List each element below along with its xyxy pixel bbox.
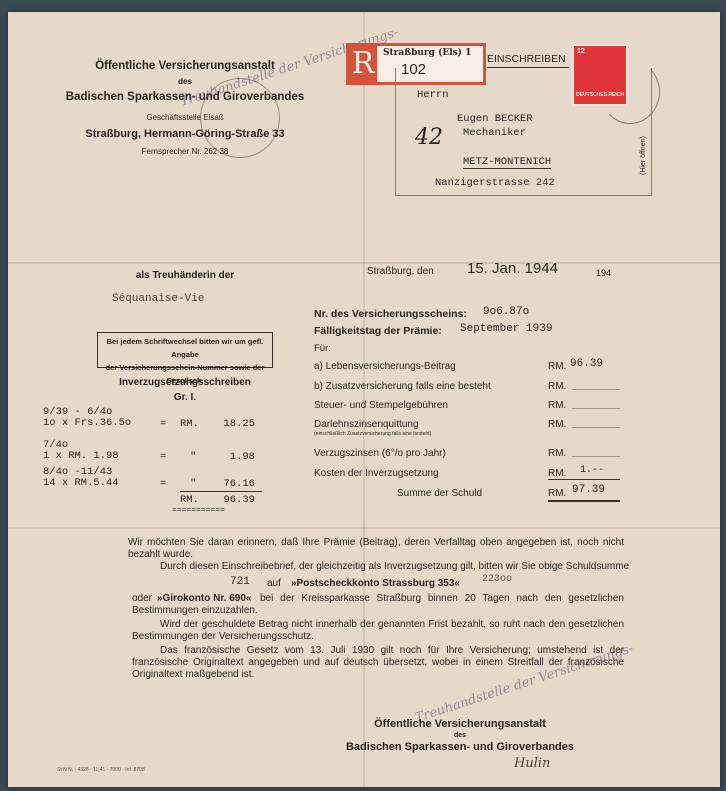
signature-line1: Öffentliche Versicherungsanstalt [330, 718, 590, 730]
fold-line [8, 262, 720, 264]
address-occupation: Mechaniker [463, 127, 526, 139]
total-cur: RM. [548, 488, 566, 499]
signature-line2: des [330, 732, 590, 739]
sum-line [548, 479, 620, 480]
calc-cur: " [190, 478, 196, 490]
for-label: Für: [314, 343, 331, 354]
calc-formula: 1 x RM. 1.98 [43, 451, 119, 462]
letter-title: Inverzugsetzungsschreiben [90, 377, 280, 388]
item-row: Kosten der Inverzugsetzung [314, 468, 439, 479]
item-row: Darlehnszinsenquittung [314, 419, 419, 430]
calc-row: 9/39 - 6/4o 1o x Frs.36.5o [43, 407, 131, 429]
item-row: a) Lebensversicherungs-Beitrag [314, 361, 456, 372]
calc-total-amount: 96.39 [215, 494, 255, 506]
item-cur: RM. [548, 448, 566, 459]
address-street: Nanzigerstrasse 242 [435, 177, 555, 189]
calc-cur: RM. [180, 418, 199, 430]
calc-total-cur: RM. [180, 494, 199, 506]
item-label: Steuer- und Stempelgebühren [314, 400, 448, 411]
typed-22300: 223oo [482, 574, 512, 585]
year-prefix: 194 [596, 268, 611, 278]
item-cur: RM. [548, 400, 566, 411]
calc-cur: " [190, 451, 196, 463]
signature-line3: Badischen Sparkassen- und Giroverbandes [310, 741, 610, 753]
due-date: September 1939 [460, 323, 552, 335]
correspondence-note: Bei jedem Schriftwechsel bitten wir um g… [97, 332, 273, 368]
item-label: Verzugszinsen (6°/o pro Jahr) [314, 448, 446, 459]
trustee-label: als Treuhänderin der [90, 270, 280, 281]
address-salutation: Herrn [417, 89, 449, 101]
blank-line [572, 389, 620, 390]
body-paragraph-2a: Durch diesen Einschreibebrief, der gleic… [160, 561, 630, 573]
item-cur: RM. [548, 468, 566, 479]
item-row: b) Zusatzversicherung falls eine besteht [314, 381, 491, 392]
address-name: Eugen BECKER [457, 113, 533, 125]
blank-line [572, 408, 620, 409]
handwritten-signature: Hulin [514, 756, 550, 771]
item-label: b) Zusatzversicherung falls eine besteht [314, 381, 491, 392]
handwritten-note: 42 [415, 125, 443, 150]
postmark-circle [200, 78, 280, 158]
item-row: Steuer- und Stempelgebühren [314, 400, 448, 411]
item-label: Kosten der Inverzugsetzung [314, 468, 439, 479]
calc-total-underline: =========== [172, 506, 225, 515]
calc-amount: 76.16 [215, 478, 255, 490]
typed-721: 721 [230, 576, 250, 588]
calc-eq: = [160, 478, 166, 490]
place-label: Straßburg, den [367, 266, 434, 277]
item-cur: RM. [548, 419, 566, 430]
registration-office: Straßburg (Els) 1 [383, 48, 471, 58]
body-paragraph-1: Wir möchten Sie daran erinnern, daß Ihre… [128, 537, 624, 561]
due-date-label: Fälligkeitstag der Prämie: [314, 325, 442, 337]
item-sublabel: (einschließlich Zusatzversicherung falls… [314, 431, 431, 437]
letterhead-line6: Fernsprecher Nr. 262 38 [60, 147, 310, 156]
calc-formula: 1o x Frs.36.5o [43, 418, 131, 429]
on-text: auf [267, 578, 281, 589]
total-label: Summe der Schuld [397, 488, 482, 499]
einschreiben-label: EINSCHREIBEN [487, 53, 569, 68]
print-code: St N N. - 4328 - 11 41 - 7000 - Inf. 870… [57, 767, 145, 773]
item-amount: 1.-- [580, 465, 604, 476]
trustee-company: Séquanaise-Vie [112, 293, 204, 305]
policy-number: 9o6.87o [483, 306, 529, 318]
stamp-value: 12 [577, 48, 585, 55]
item-cur: RM. [548, 361, 566, 372]
note-line1: Bei jedem Schriftwechsel bitten wir um g… [98, 335, 272, 361]
item-cur: RM. [548, 381, 566, 392]
calc-eq: = [160, 418, 166, 430]
blank-line [572, 456, 620, 457]
open-here-label: (Hier öffnen) [640, 136, 647, 175]
registration-letter: R [349, 46, 377, 82]
sum-line [180, 491, 262, 492]
calc-amount: 18.25 [215, 418, 255, 430]
calc-eq: = [160, 451, 166, 463]
calc-amount: 1.98 [215, 451, 255, 463]
address-city: METZ-MONTENICH [463, 156, 551, 169]
item-label: a) Lebensversicherungs-Beitrag [314, 361, 456, 372]
item-label: Darlehnszinsenquittung [314, 419, 419, 430]
calc-formula: 14 x RM.5.44 [43, 478, 119, 489]
letter-date: 15. Jan. 1944 [467, 260, 558, 277]
postscheck-account: »Postscheckkonto Strassburg 353« [291, 578, 460, 589]
letter-group: Gr. I. [90, 392, 280, 403]
total-underline [548, 500, 620, 502]
body-paragraph-3: Wird der geschuldete Betrag nicht innerh… [132, 619, 624, 643]
policy-number-label: Nr. des Versicherungsscheins: [314, 308, 467, 320]
fold-line [8, 527, 720, 529]
item-amount: 96.39 [570, 358, 603, 370]
body-paragraph-2d: bei der Kreissparkasse Straßburg binnen … [132, 593, 624, 617]
blank-line [572, 427, 620, 428]
calc-row: 7/4o 1 x RM. 1.98 [43, 440, 119, 462]
paragraph-text: Wir möchten Sie daran erinnern, daß Ihre… [128, 537, 624, 560]
calc-row: 8/4o -11/43 14 x RM.5.44 [43, 467, 119, 489]
item-row: Verzugszinsen (6°/o pro Jahr) [314, 448, 446, 459]
total-amount: 97.39 [572, 484, 605, 496]
